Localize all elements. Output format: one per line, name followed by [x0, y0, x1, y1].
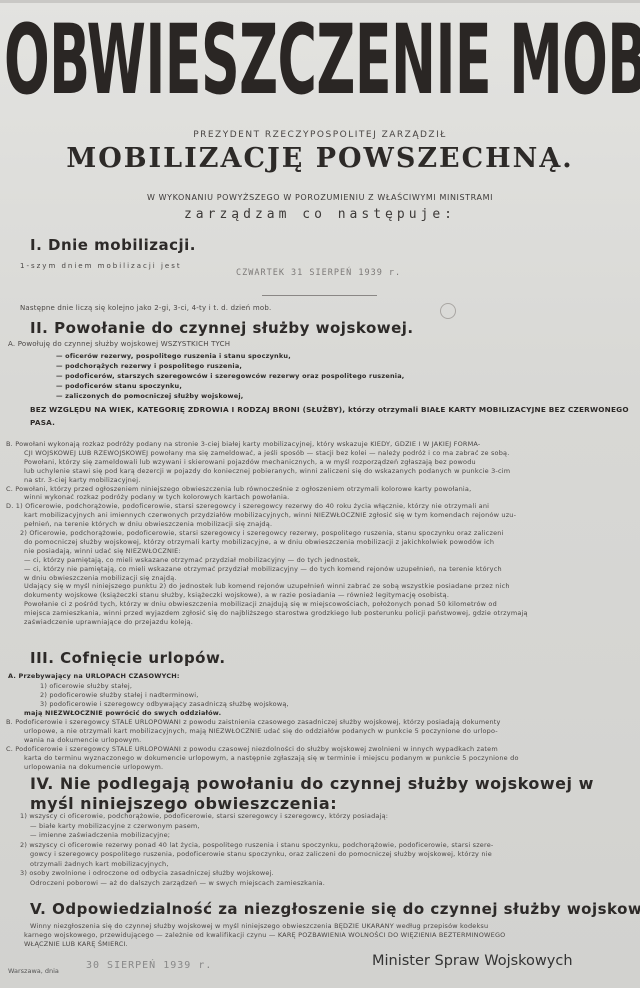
footer-place: Warszawa, dnia: [8, 967, 59, 975]
body-text-line: B. Podoficerowie i szeregowcy STALE URLO…: [6, 718, 632, 726]
section-3-title: III. Cofnięcie urlopów.: [30, 649, 226, 667]
body-text-line: otrzymali żadnych kart mobilizacyjnych,: [30, 860, 632, 868]
body-text-line: Winny niezgłoszenia się do czynnej służb…: [30, 922, 632, 930]
body-text-line: — białe karty mobilizacyjne z czerwonym …: [30, 822, 632, 830]
body-text-line: wania na dokumencie urlopowym.: [24, 736, 632, 744]
body-text-line: B. Powołani wykonają rozkaz podróży poda…: [6, 440, 632, 448]
body-text-line: Odroczeni poborowi — aż do dalszych zarz…: [30, 879, 632, 887]
bullet: — podoficerów stanu spoczynku,: [56, 382, 182, 390]
body-text-line: C. Powołani, którzy przed ogłoszeniem ni…: [6, 485, 632, 493]
body-text-line: urlopowania na dokumencie urlopowym.: [24, 763, 632, 771]
section-3-intro: A. Przebywający na URLOPACH CZASOWYCH:: [8, 672, 180, 680]
bullet: — oficerów rezerwy, pospolitego ruszenia…: [56, 352, 291, 360]
main-order: MOBILIZACJĘ POWSZECHNĄ.: [0, 143, 640, 174]
minister-signature: Minister Spraw Wojskowych: [372, 953, 573, 969]
body-text-line: miejsca zamieszkania, winni przed wyjazd…: [24, 609, 632, 617]
mobilization-poster: OBWIESZCZENIE MOBILIZACJI PREZYDENT RZEC…: [0, 0, 640, 988]
section-1-title: I. Dnie mobilizacji.: [30, 236, 196, 254]
list-item: 3) podoficerowie i szeregowcy odbywający…: [40, 700, 289, 708]
body-text-line: nie posiadają, winni udać się NIEZWŁOCZN…: [24, 547, 632, 555]
body-text-line: 2) wszyscy ci oficerowie rezerwy ponad 4…: [20, 841, 632, 849]
section-1-line: Następne dnie liczą się kolejno jako 2-g…: [20, 304, 271, 312]
body-text-line: gowcy i szeregowcy pospolitego ruszenia,…: [30, 850, 632, 858]
body-text-line: — ci, którzy pamiętają, co mieli wskazan…: [24, 556, 632, 564]
body-text-line: na str. 3-ciej karty mobilizacyjnej.: [24, 476, 632, 484]
body-text-line: WŁĄCZNIE LUB KARĘ ŚMIERCI.: [24, 940, 632, 948]
bullet: — podoficerów, starszych szeregowców i s…: [56, 372, 404, 380]
body-text-line: winni wykonać rozkaz podróży podany w ty…: [24, 493, 632, 501]
body-text-line: 2) Oficerowie, podchorążowie, podoficero…: [20, 529, 632, 537]
body-text-line: Powołani, którzy się zameldowali lub wzy…: [24, 458, 632, 466]
body-text-line: Powołanie ci z pośród tych, którzy w dni…: [24, 600, 632, 608]
section-5-title: V. Odpowiedzialność za niezgłoszenie się…: [30, 900, 640, 918]
section-2-emphasis: BEZ WZGLĘDU NA WIEK, KATEGORIĘ ZDROWIA I…: [30, 403, 630, 429]
bullet: — podchorążych rezerwy i pospolitego rus…: [56, 362, 242, 370]
body-text-line: do pomocniczej służby wojskowej, którzy …: [24, 538, 632, 546]
section-1-line: 1-szym dniem mobilizacji jest: [20, 262, 182, 270]
body-text-line: 1) wszyscy ci oficerowie, podchorążowie,…: [20, 812, 632, 820]
decree-line: zarządzam co następuje:: [0, 207, 640, 222]
section-3-closing: mają NIEZWŁOCZNIE powrócić do swych oddz…: [24, 709, 221, 717]
section-2-intro: A. Powołuję do czynnej służby wojskowej …: [8, 340, 230, 348]
body-text-line: CJI WOJSKOWEJ LUB RZEWOJSKOWEJ powołany …: [24, 449, 632, 457]
body-text-line: urlopowe, a nie otrzymali kart mobilizac…: [24, 727, 632, 735]
body-text-line: pełnień, na terenie których w dniu obwie…: [24, 520, 632, 528]
typed-mobilization-date: CZWARTEK 31 SIERPEŃ 1939 r.: [236, 268, 401, 278]
body-text-line: karnego wojskowego, przewidującego — zal…: [24, 931, 632, 939]
body-text-line: 3) osoby zwolnione i odroczone od odbyci…: [20, 869, 632, 877]
poster-headline: OBWIESZCZENIE MOBILIZACJI: [4, 4, 637, 116]
body-text-line: kart mobilizacyjnych ani imiennych czerw…: [24, 511, 632, 519]
body-text-line: w dniu obwieszczenia mobilizacji się zna…: [24, 574, 632, 582]
footer-date: 30 SIERPEŃ 1939 r.: [86, 960, 212, 971]
section-2-title: II. Powołanie do czynnej służby wojskowe…: [30, 319, 414, 337]
body-text-line: lub uchylenie stawi się pod karą dezercj…: [24, 467, 632, 475]
list-item: 2) podoficerowie służby stałej i nadterm…: [40, 691, 199, 699]
body-text-line: D. 1) Oficerowie, podchorążowie, podofic…: [6, 502, 632, 510]
body-text-line: zaświadczenie uprawniające do przejazdu …: [24, 618, 632, 626]
body-text-line: — ci, którzy nie pamiętają, co mieli wsk…: [24, 565, 632, 573]
body-text-line: C. Podoficerowie i szeregowcy STALE URLO…: [6, 745, 632, 753]
body-text-line: — imienne zaświadczenia mobilizacyjne;: [30, 831, 632, 839]
body-text-line: dokumenty wojskowe (książeczki stanu słu…: [24, 591, 632, 599]
execution-line: W WYKONANIU POWYŻSZEGO W POROZUMIENIU Z …: [0, 193, 640, 202]
stamp-mark: [440, 303, 456, 319]
section-4-title: IV. Nie podlegają powołaniu do czynnej s…: [30, 774, 630, 814]
body-text-line: Udający się w myśl niniejszego punktu 2)…: [24, 582, 632, 590]
preamble: PREZYDENT RZECZYPOSPOLITEJ ZARZĄDZIŁ: [0, 130, 640, 140]
bullet: — zaliczonych do pomocniczej służby wojs…: [56, 392, 243, 400]
paper-edge: [0, 0, 640, 3]
list-item: 1) oficerowie służby stałej,: [40, 682, 132, 690]
divider: [262, 295, 377, 296]
body-text-line: karta do terminu wyznaczonego w dokumenc…: [24, 754, 632, 762]
